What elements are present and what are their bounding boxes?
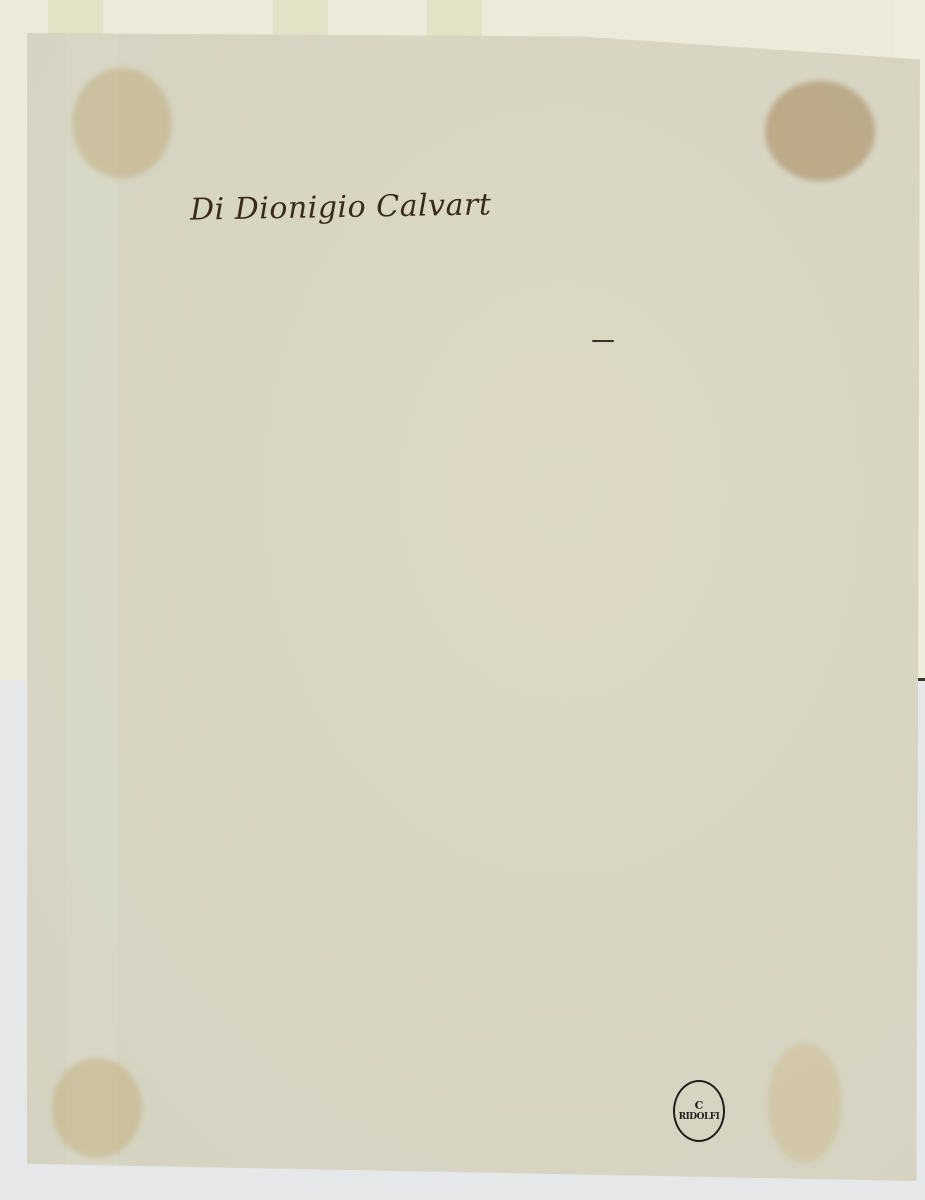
stamp-letter: C <box>695 1100 704 1112</box>
handwritten-inscription: Di Dionigio Calvart <box>190 187 492 227</box>
stain-top-right <box>765 81 875 181</box>
collector-stamp: C RIDOLFI <box>673 1080 725 1142</box>
stain-bottom-left <box>52 1058 142 1158</box>
stain-bottom-right <box>767 1043 842 1163</box>
ink-mark <box>592 340 614 342</box>
stain-top-left <box>72 68 172 178</box>
paper-fold <box>67 33 117 1181</box>
stamp-name: RIDOLFI <box>679 1112 720 1122</box>
